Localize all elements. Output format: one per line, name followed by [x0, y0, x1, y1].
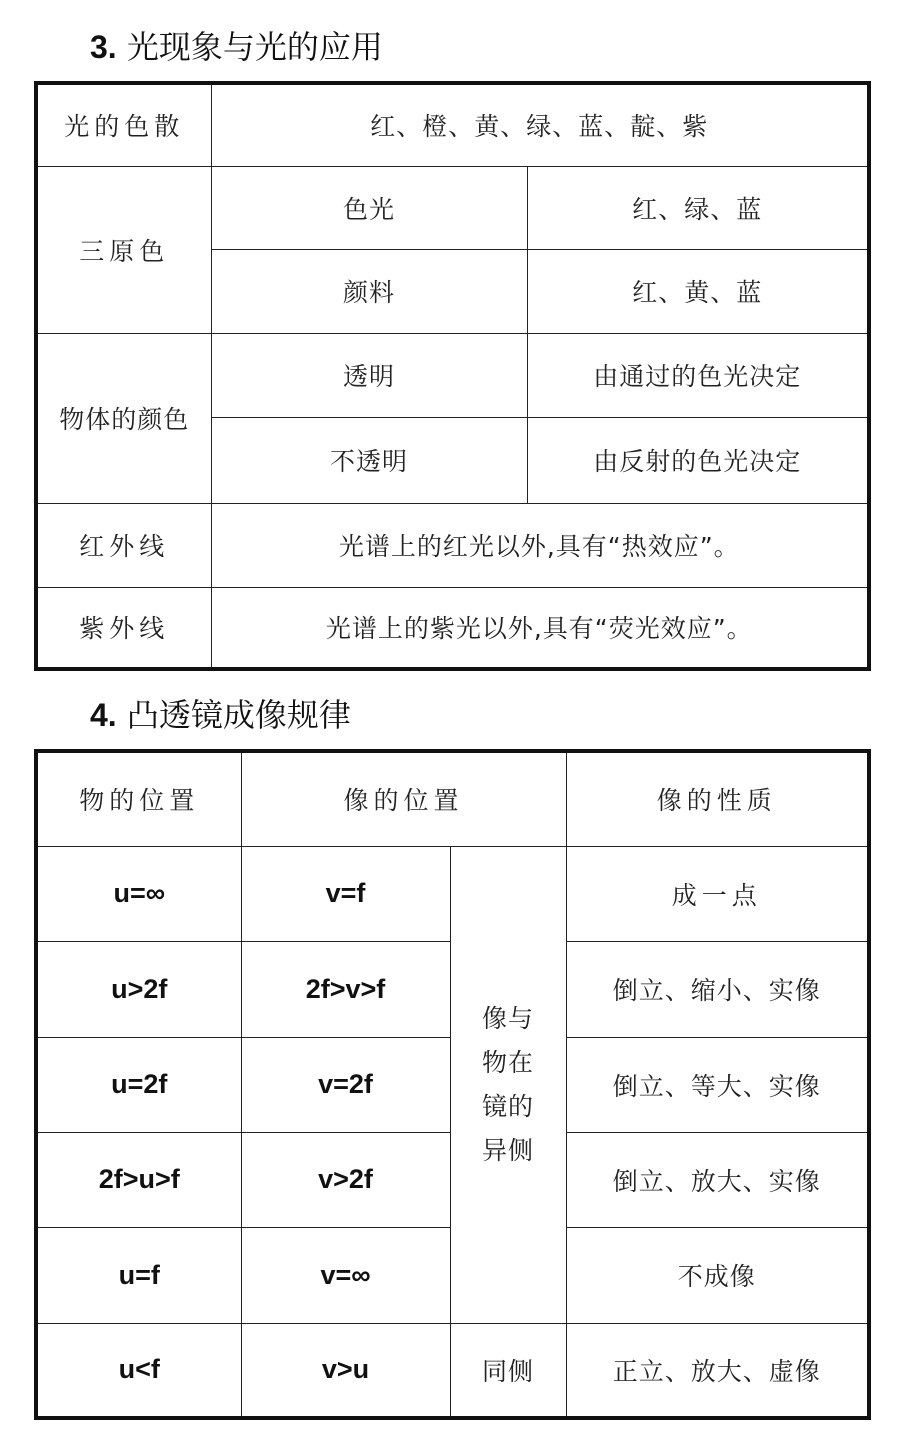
section-4-heading: 4. 凸透镜成像规律	[90, 690, 351, 736]
section-4-number: 4.	[90, 697, 117, 733]
image-position: v=∞	[241, 1227, 450, 1323]
row-label-primary-colors: 三原色	[36, 166, 211, 333]
infrared-value: 光谱上的红光以外,具有“热效应”。	[211, 503, 869, 587]
dispersion-value: 红、橙、黄、绿、蓝、靛、紫	[211, 83, 869, 166]
primary-value-pigment: 红、黄、蓝	[527, 249, 869, 333]
image-nature: 倒立、缩小、实像	[566, 941, 869, 1037]
table-row: u<f v>u 同侧 正立、放大、虚像	[36, 1323, 869, 1418]
image-nature: 不成像	[566, 1227, 869, 1323]
section-3-heading: 3. 光现象与光的应用	[90, 22, 383, 68]
image-position: v>2f	[241, 1132, 450, 1227]
table-row: 物体的颜色 透明 由通过的色光决定	[36, 333, 869, 417]
table-row: 紫外线 光谱上的紫光以外,具有“荧光效应”。	[36, 587, 869, 669]
header-object-position: 物的位置	[36, 751, 241, 846]
primary-value-light: 红、绿、蓝	[527, 166, 869, 249]
table-row: 光的色散 红、橙、黄、绿、蓝、靛、紫	[36, 83, 869, 166]
object-position: u<f	[36, 1323, 241, 1418]
image-nature: 成一点	[566, 846, 869, 941]
row-label-infrared: 红外线	[36, 503, 211, 587]
row-label-ultraviolet: 紫外线	[36, 587, 211, 669]
object-type-opaque: 不透明	[211, 417, 527, 503]
same-side-note: 同侧	[450, 1323, 566, 1418]
convex-lens-table: 物的位置 像的位置 像的性质 u=∞ v=f 像与 物在 镜的 异侧 成一点 u…	[34, 749, 871, 1420]
image-nature: 倒立、等大、实像	[566, 1037, 869, 1132]
image-position: v=f	[241, 846, 450, 941]
object-position: 2f>u>f	[36, 1132, 241, 1227]
object-position: u>2f	[36, 941, 241, 1037]
object-value-transparent: 由通过的色光决定	[527, 333, 869, 417]
opposite-side-note: 像与 物在 镜的 异侧	[450, 846, 566, 1323]
note-line: 物在	[451, 1041, 566, 1085]
primary-type-light: 色光	[211, 166, 527, 249]
section-4-title: 凸透镜成像规律	[127, 696, 351, 734]
row-label-dispersion: 光的色散	[36, 83, 211, 166]
object-value-opaque: 由反射的色光决定	[527, 417, 869, 503]
image-position: v>u	[241, 1323, 450, 1418]
image-nature: 倒立、放大、实像	[566, 1132, 869, 1227]
object-type-transparent: 透明	[211, 333, 527, 417]
table-row: 三原色 色光 红、绿、蓝	[36, 166, 869, 249]
header-row: 物的位置 像的位置 像的性质	[36, 751, 869, 846]
header-image-position: 像的位置	[241, 751, 566, 846]
row-label-object-color: 物体的颜色	[36, 333, 211, 503]
header-image-nature: 像的性质	[566, 751, 869, 846]
section-3-number: 3.	[90, 29, 117, 65]
object-position: u=∞	[36, 846, 241, 941]
light-phenomena-table: 光的色散 红、橙、黄、绿、蓝、靛、紫 三原色 色光 红、绿、蓝 颜料 红、黄、蓝…	[34, 81, 871, 671]
note-line: 像与	[451, 997, 566, 1041]
note-line: 异侧	[451, 1129, 566, 1173]
image-position: v=2f	[241, 1037, 450, 1132]
image-position: 2f>v>f	[241, 941, 450, 1037]
object-position: u=f	[36, 1227, 241, 1323]
ultraviolet-value: 光谱上的紫光以外,具有“荧光效应”。	[211, 587, 869, 669]
note-line: 镜的	[451, 1085, 566, 1129]
primary-type-pigment: 颜料	[211, 249, 527, 333]
table-row: u=∞ v=f 像与 物在 镜的 异侧 成一点	[36, 846, 869, 941]
object-position: u=2f	[36, 1037, 241, 1132]
section-3-title: 光现象与光的应用	[127, 28, 383, 66]
table-row: 红外线 光谱上的红光以外,具有“热效应”。	[36, 503, 869, 587]
image-nature: 正立、放大、虚像	[566, 1323, 869, 1418]
